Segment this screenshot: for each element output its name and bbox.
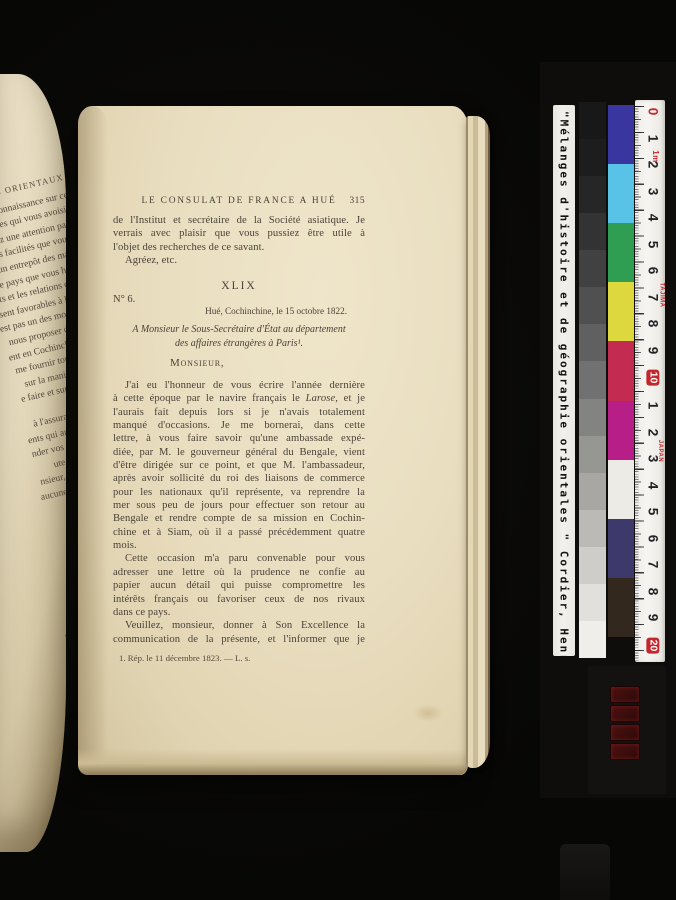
text-line: chine et à Siam, où il a passé précédemm… — [113, 526, 365, 539]
volume-label-text: "Mélanges d'histoire et de géographie or… — [558, 111, 571, 656]
text-line: Cette occasion m'a paru convenable pour … — [113, 552, 365, 565]
page-number: 315 — [349, 196, 365, 206]
ruler-number: 6 — [647, 534, 658, 542]
left-page-text-fragments: ES ORIENTAUX votre connaissance sur ce o… — [0, 170, 66, 683]
text-line: l'aurais fait depuis lors si je n'avais … — [113, 406, 365, 419]
letter-address: A Monsieur le Sous-Secrétaire d'État au … — [113, 323, 365, 351]
page-text: LE CONSULAT DE FRANCE A HUÉ 315 de l'Ins… — [78, 106, 468, 775]
stand-strap — [560, 844, 610, 900]
counter-digit — [610, 724, 640, 741]
text-line: diée, par M. le gouverneur général du Be… — [113, 446, 365, 459]
color-patch-column — [608, 105, 634, 637]
gray-step — [579, 361, 606, 398]
text-line: intérêts français ou favoriser ceux de n… — [113, 593, 365, 606]
text-line: lettre, à vous faire savoir qu'une ambas… — [113, 432, 365, 445]
ruler-numbers: 0 1 2 3 4 5 6 7 8 9 10 1 2 3 4 5 6 7 8 9 — [644, 106, 662, 652]
address-line: A Monsieur le Sous-Secrétaire d'État au … — [113, 323, 365, 337]
volume-label-strip: "Mélanges d'histoire et de géographie or… — [553, 105, 575, 656]
running-head-title: LE CONSULAT DE FRANCE A HUÉ — [141, 196, 336, 206]
ruler-number: 9 — [647, 347, 658, 355]
text-line: adresser une lettre où la prudence ne co… — [113, 566, 365, 579]
grayscale-strip — [579, 102, 606, 658]
ruler-number: 9 — [647, 614, 658, 622]
color-patch-green — [608, 223, 634, 282]
book-fore-edge — [466, 116, 490, 768]
text-line: papier aucun détail qui puisse compromet… — [113, 579, 365, 592]
gray-step — [579, 584, 606, 621]
ruler-brand-mark: TAJIMA — [658, 283, 664, 308]
gray-step — [579, 176, 606, 213]
gray-step — [579, 547, 606, 584]
text-segment: , et je — [335, 393, 365, 404]
salutation: Monsieur, — [170, 357, 224, 369]
text-line: communication de la présente, et l'infor… — [113, 633, 365, 646]
text-line: mois. — [113, 539, 365, 552]
color-patch-yellow — [608, 282, 634, 341]
text-line: J'ai eu l'honneur de vous écrire l'année… — [113, 379, 365, 392]
color-patch-navy — [608, 519, 634, 578]
counter-digit — [610, 686, 640, 703]
ruler-number: 1 — [647, 402, 658, 410]
color-patch-blue — [608, 105, 634, 164]
section-heading: XLIX — [113, 280, 365, 292]
color-patch-black — [608, 578, 634, 637]
ruler-number: 8 — [647, 588, 658, 596]
ruler-number: 1 — [647, 134, 658, 142]
gray-step — [579, 399, 606, 436]
ruler-number: 7 — [647, 561, 658, 569]
color-patch-red — [608, 341, 634, 400]
ship-name: Larose — [306, 393, 336, 404]
running-head: LE CONSULAT DE FRANCE A HUÉ 315 — [113, 196, 365, 206]
letter-body: J'ai eu l'honneur de vous écrire l'année… — [113, 379, 365, 646]
right-book-page: LE CONSULAT DE FRANCE A HUÉ 315 de l'Ins… — [78, 106, 468, 775]
ruler-number: 0 — [647, 108, 658, 116]
ruler-meter-mark: 1m — [651, 150, 660, 163]
counter-device — [588, 666, 666, 794]
ruler-number: 4 — [647, 481, 658, 489]
counter-digit — [610, 705, 640, 722]
footnote: 1. Rép. le 11 décembre 1823. — L. s. — [119, 653, 250, 663]
text-line: d'être dirigée sur ce point, et que M. l… — [113, 459, 365, 472]
measuring-tape: 0 1 2 3 4 5 6 7 8 9 10 1 2 3 4 5 6 7 8 9 — [635, 100, 665, 662]
color-patch-white — [608, 460, 634, 519]
ruler-number-20: 20 — [647, 638, 660, 654]
text-line: l'objet des recherches de ce savant. — [113, 241, 365, 254]
text-line: verrais avec plaisir que vous pussiez êt… — [113, 227, 365, 240]
book-scan-photo: ES ORIENTAUX votre connaissance sur ce o… — [0, 0, 676, 900]
text-line: dans ce pays. — [113, 606, 365, 619]
color-patch-magenta — [608, 401, 634, 460]
ruler-number-10: 10 — [647, 370, 660, 386]
ruler-number: 5 — [647, 508, 658, 516]
text-line: Veuillez, monsieur, donner à Son Excelle… — [113, 619, 365, 632]
ruler-number: 4 — [647, 214, 658, 222]
text-line: à cette époque par le navire français le… — [113, 392, 365, 405]
dateline: Hué, Cochinchine, le 15 octobre 1822. — [113, 306, 347, 316]
gray-step — [579, 510, 606, 547]
text-line: pour les nationaux qu'il représente, va … — [113, 486, 365, 499]
left-book-page: ES ORIENTAUX votre connaissance sur ce o… — [0, 74, 66, 852]
gray-step — [579, 250, 606, 287]
text-line: de l'Institut et secrétaire de la Sociét… — [113, 214, 365, 227]
text-line: mer sous peu de jours pour effectuer son… — [113, 499, 365, 512]
address-line: des affaires étrangères à Paris¹. — [113, 337, 365, 351]
intro-paragraph: de l'Institut et secrétaire de la Sociét… — [113, 214, 365, 267]
gray-step — [579, 139, 606, 176]
ruler-number: 5 — [647, 240, 658, 248]
text-line: après avoir sollicité du roi des liaison… — [113, 472, 365, 485]
text-line: manqué d'occasions. Je me bornerai, dans… — [113, 419, 365, 432]
gray-step — [579, 102, 606, 139]
text-line: Bengale et rendre compte de sa mission e… — [113, 512, 365, 525]
ruler-number: 3 — [647, 187, 658, 195]
gray-step — [579, 324, 606, 361]
text-line: Agréez, etc. — [113, 254, 365, 267]
ruler-origin-mark: JAPAN — [657, 440, 663, 462]
counter-digit — [610, 743, 640, 760]
text-segment: à cette époque par le navire français le — [113, 393, 306, 404]
ruler-number: 2 — [647, 428, 658, 436]
gray-step — [579, 436, 606, 473]
ruler-number: 7 — [647, 294, 658, 302]
gray-step — [579, 473, 606, 510]
gray-step — [579, 621, 606, 658]
letter-number: N° 6. — [113, 294, 135, 305]
gray-step — [579, 287, 606, 324]
ruler-number: 6 — [647, 267, 658, 275]
gray-step — [579, 213, 606, 250]
calibration-target: "Mélanges d'histoire et de géographie or… — [553, 100, 665, 662]
color-patch-cyan — [608, 164, 634, 223]
ruler-number: 8 — [647, 320, 658, 328]
